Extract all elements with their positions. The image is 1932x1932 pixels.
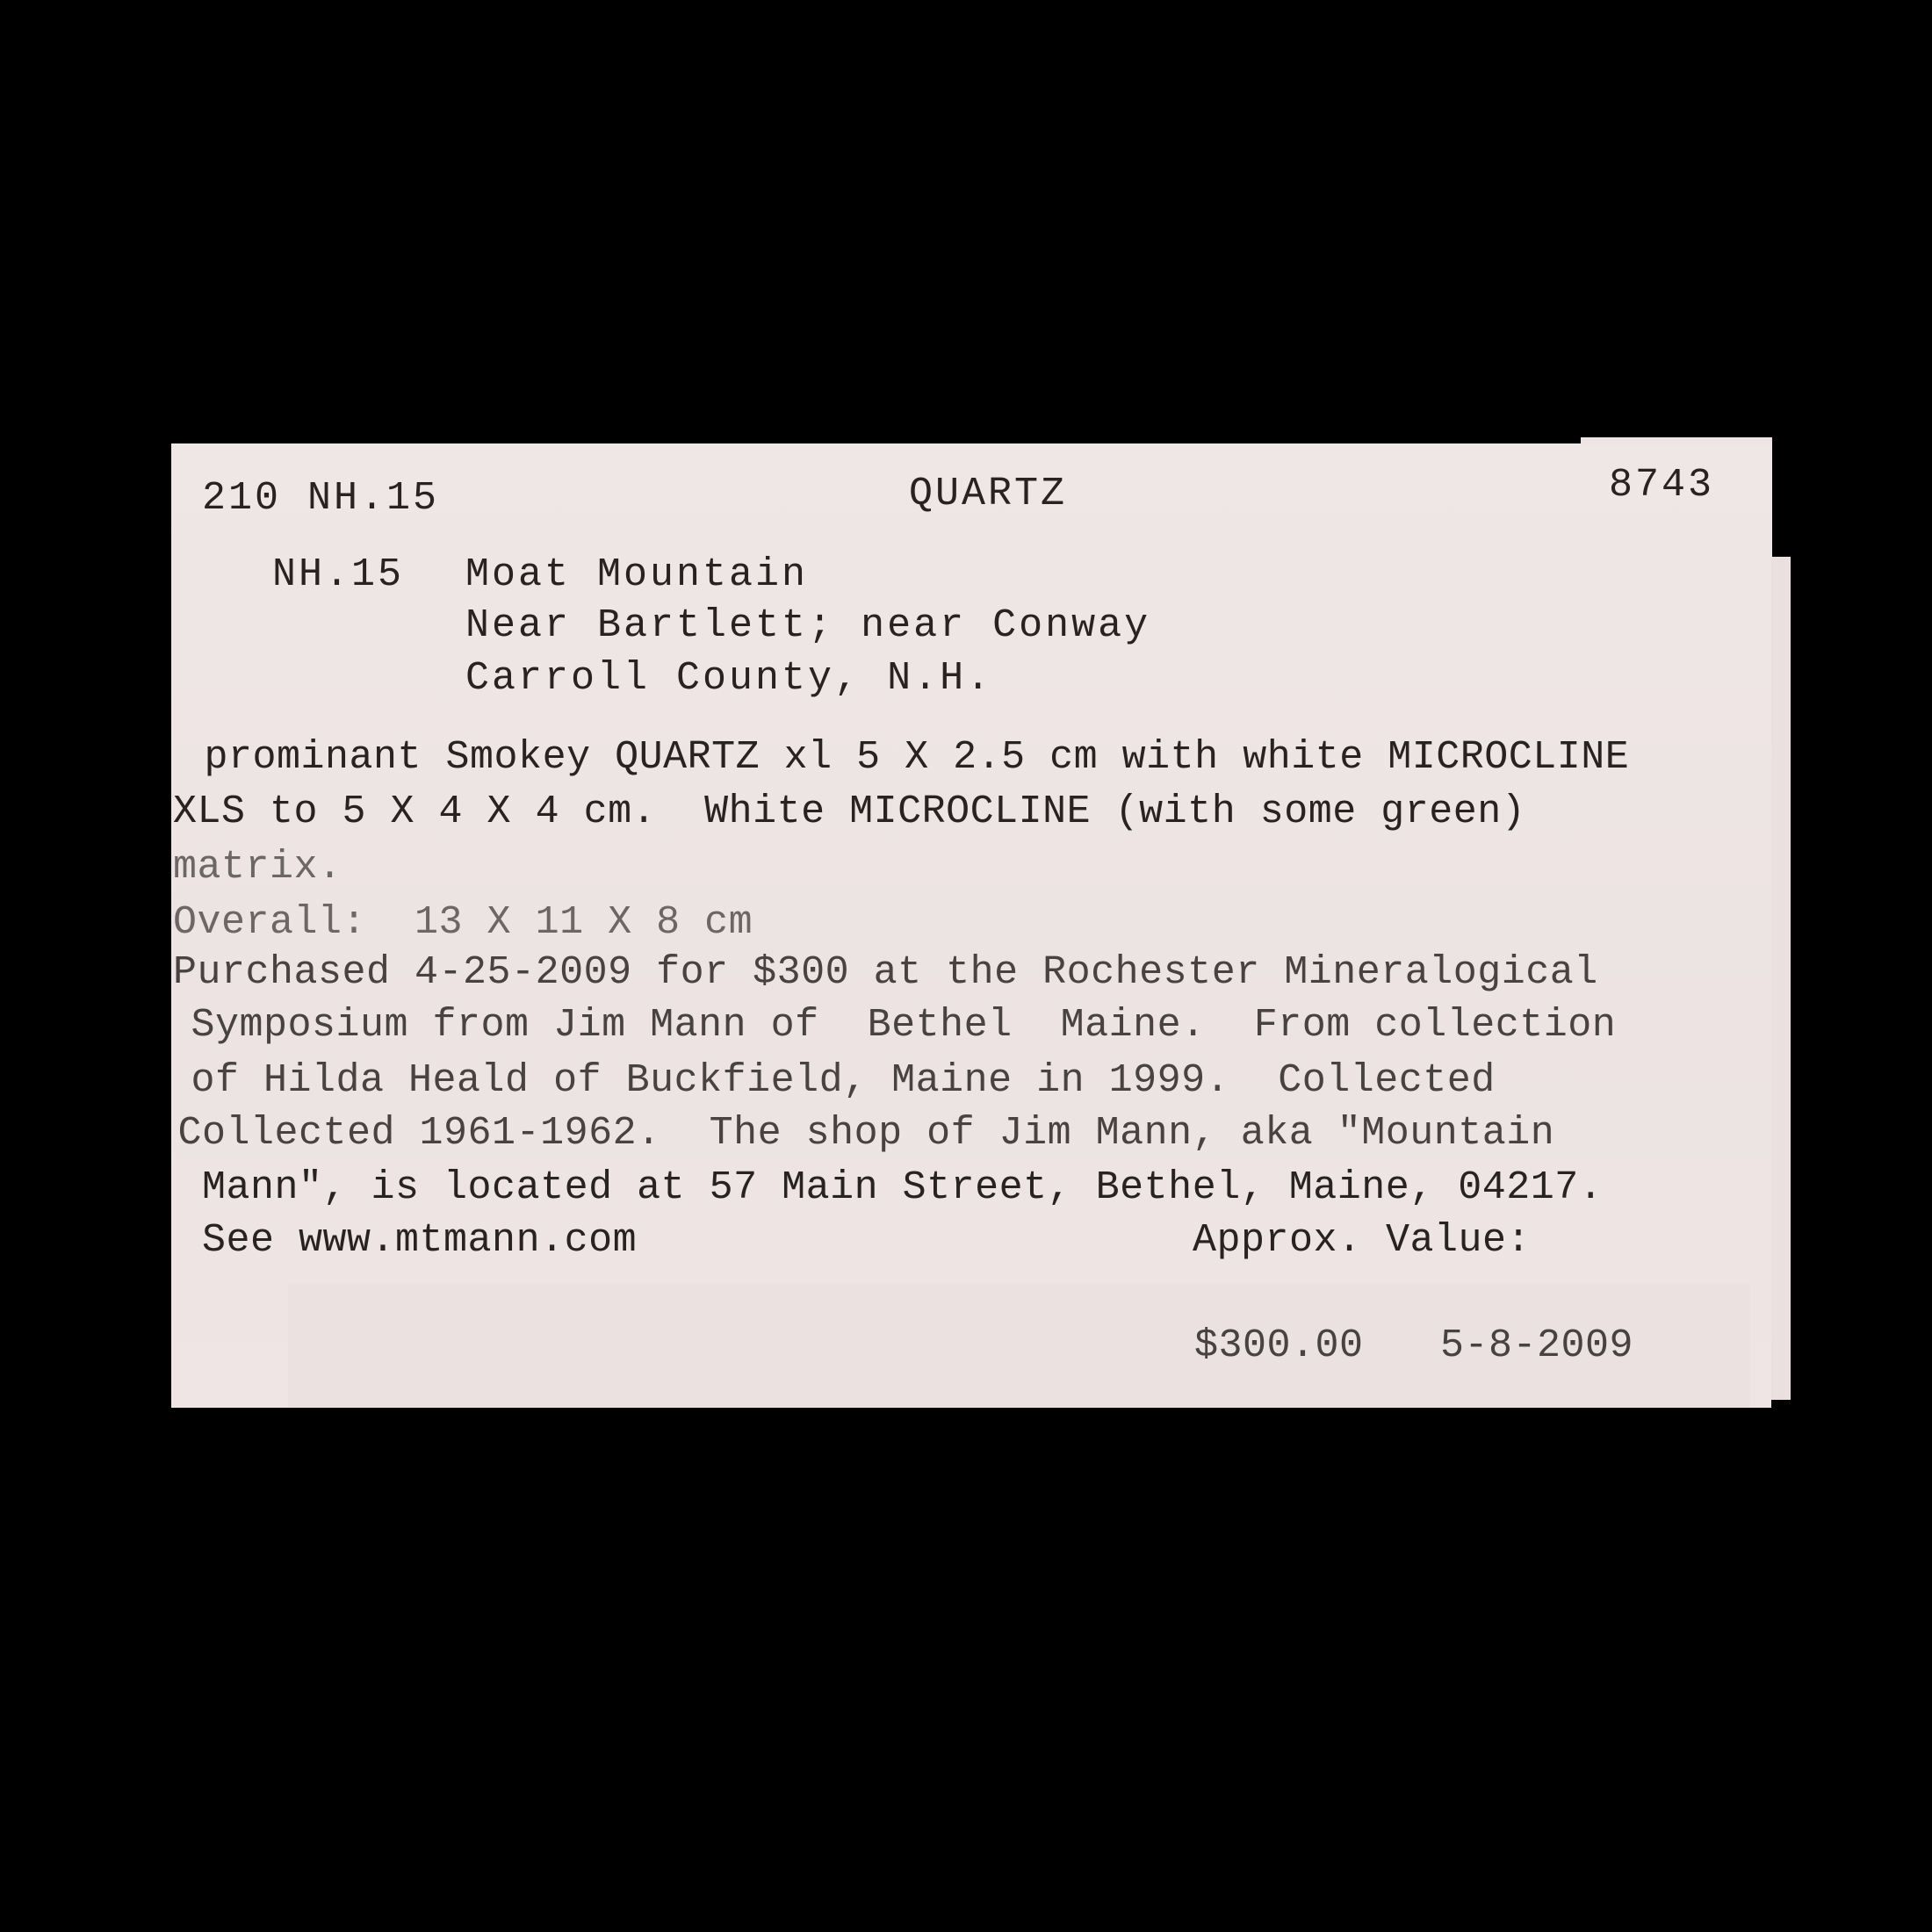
mineral-name: QUARTZ	[909, 474, 1067, 514]
specimen-number: 8743	[1609, 465, 1714, 505]
description-line-5: Purchased 4-25-2009 for $300 at the Roch…	[173, 953, 1598, 992]
locality-line-3: Carroll County, N.H.	[465, 659, 992, 698]
description-line-9: Mann", is located at 57 Main Street, Bet…	[154, 1168, 1603, 1207]
card-edge-strip	[1771, 557, 1791, 1400]
description-line-6: Symposium from Jim Mann of Bethel Maine.…	[167, 1006, 1616, 1045]
description-line-2: XLS to 5 X 4 X 4 cm. White MICROCLINE (w…	[173, 792, 1525, 832]
description-line-1: prominant Smokey QUARTZ xl 5 X 2.5 cm wi…	[180, 738, 1629, 777]
locality-line-2: Near Bartlett; near Conway	[465, 606, 1150, 645]
locality-line-1: Moat Mountain	[465, 555, 808, 595]
value-date: 5-8-2009	[1440, 1326, 1633, 1366]
description-line-8: Collected 1961-1962. The shop of Jim Man…	[154, 1114, 1554, 1153]
locality-code: NH.15	[272, 555, 404, 595]
website-line: See www.mtmann.com	[154, 1221, 637, 1260]
value-amount: $300.00	[1194, 1326, 1364, 1366]
approx-value-label: Approx. Value:	[1193, 1221, 1531, 1260]
catalog-code: 210 NH.15	[202, 479, 439, 518]
description-line-4: Overall: 13 X 11 X 8 cm	[173, 903, 753, 942]
description-line-3: matrix.	[173, 847, 342, 887]
description-line-7: of Hilda Heald of Buckfield, Maine in 19…	[167, 1061, 1496, 1100]
